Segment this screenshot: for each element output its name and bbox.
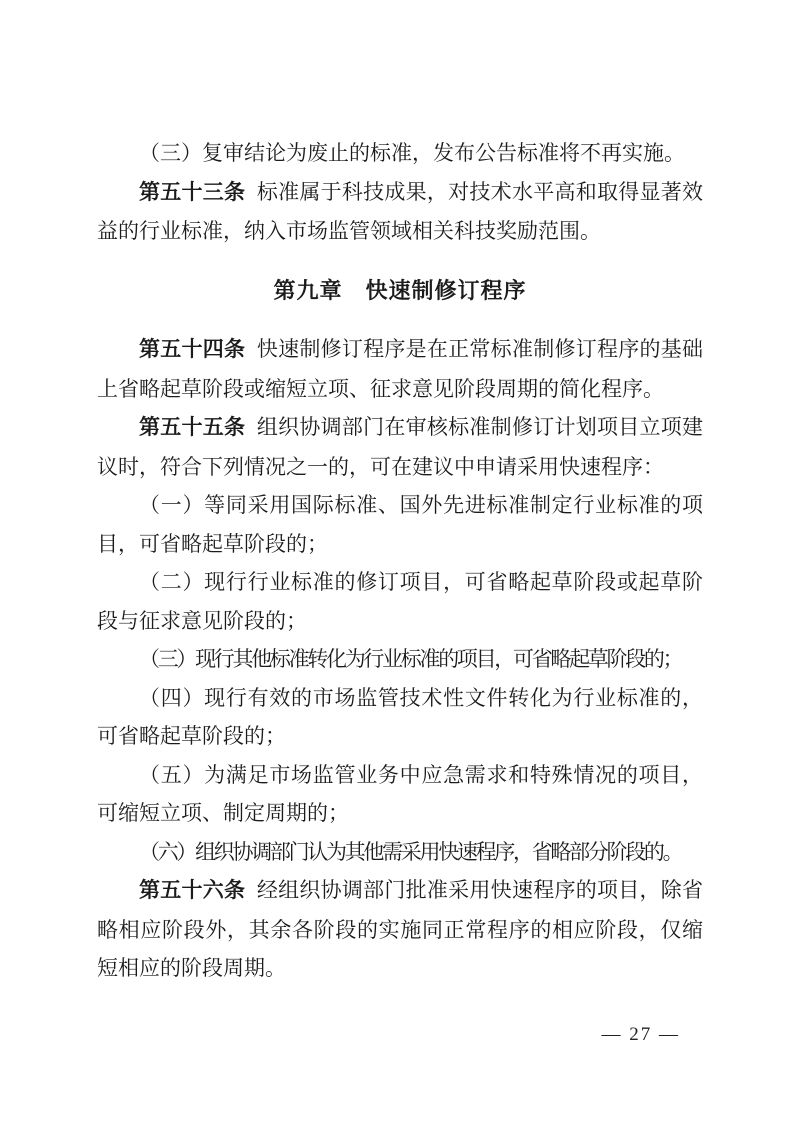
article-number: 第五十六条 <box>139 879 245 902</box>
paragraph-text: （四）现行有效的市场监管技术性文件转化为行业标准的，可省略起草阶段的； <box>97 686 703 749</box>
article-number: 第五十三条 <box>139 181 245 204</box>
paragraph: 第五十五条组织协调部门在审核标准制修订计划项目立项建议时，符合下列情况之一的，可… <box>97 408 703 486</box>
list-item-paragraph: （三）现行其他标准转化为行业标准的项目，可省略起草阶段的； <box>97 640 703 679</box>
article-number: 第五十五条 <box>139 416 245 439</box>
paragraph: （三）复审结论为废止的标准，发布公告标准将不再实施。 <box>97 134 703 173</box>
paragraph-text: （三）复审结论为废止的标准，发布公告标准将不再实施。 <box>139 141 685 165</box>
article-number: 第五十四条 <box>139 338 245 361</box>
paragraph-text: （二）现行行业标准的修订项目，可省略起草阶段或起草阶段与征求意见阶段的； <box>97 570 703 633</box>
document-page: （三）复审结论为废止的标准，发布公告标准将不再实施。 第五十三条标准属于科技成果… <box>0 0 793 1122</box>
list-item-paragraph: （六）组织协调部门认为其他需采用快速程序，省略部分阶段的。 <box>97 833 703 872</box>
list-item-paragraph: （二）现行行业标准的修订项目，可省略起草阶段或起草阶段与征求意见阶段的； <box>97 563 703 640</box>
paragraph-text: （三）现行其他标准转化为行业标准的项目，可省略起草阶段的； <box>139 647 681 671</box>
page-number: — 27 — <box>602 1016 681 1055</box>
chapter-heading: 第九章 快速制修订程序 <box>97 272 703 311</box>
paragraph-text: （六）组织协调部门认为其他需采用快速程序，省略部分阶段的。 <box>139 840 681 864</box>
paragraph-text: （一）等同采用国际标准、国外先进标准制定行业标准的项目，可省略起草阶段的； <box>97 493 703 556</box>
list-item-paragraph: （四）现行有效的市场监管技术性文件转化为行业标准的，可省略起草阶段的； <box>97 679 703 756</box>
list-item-paragraph: （一）等同采用国际标准、国外先进标准制定行业标准的项目，可省略起草阶段的； <box>97 486 703 563</box>
paragraph: 第五十三条标准属于科技成果，对技术水平高和取得显著效益的行业标准，纳入市场监管领… <box>97 173 703 251</box>
paragraph: 第五十六条经组织协调部门批准采用快速程序的项目，除省略相应阶段外，其余各阶段的实… <box>97 871 703 988</box>
paragraph: 第五十四条快速制修订程序是在正常标准制修订程序的基础上省略起草阶段或缩短立项、征… <box>97 330 703 408</box>
list-item-paragraph: （五）为满足市场监管业务中应急需求和特殊情况的项目，可缩短立项、制定周期的； <box>97 756 703 833</box>
paragraph-text: （五）为满足市场监管业务中应急需求和特殊情况的项目，可缩短立项、制定周期的； <box>97 763 703 826</box>
